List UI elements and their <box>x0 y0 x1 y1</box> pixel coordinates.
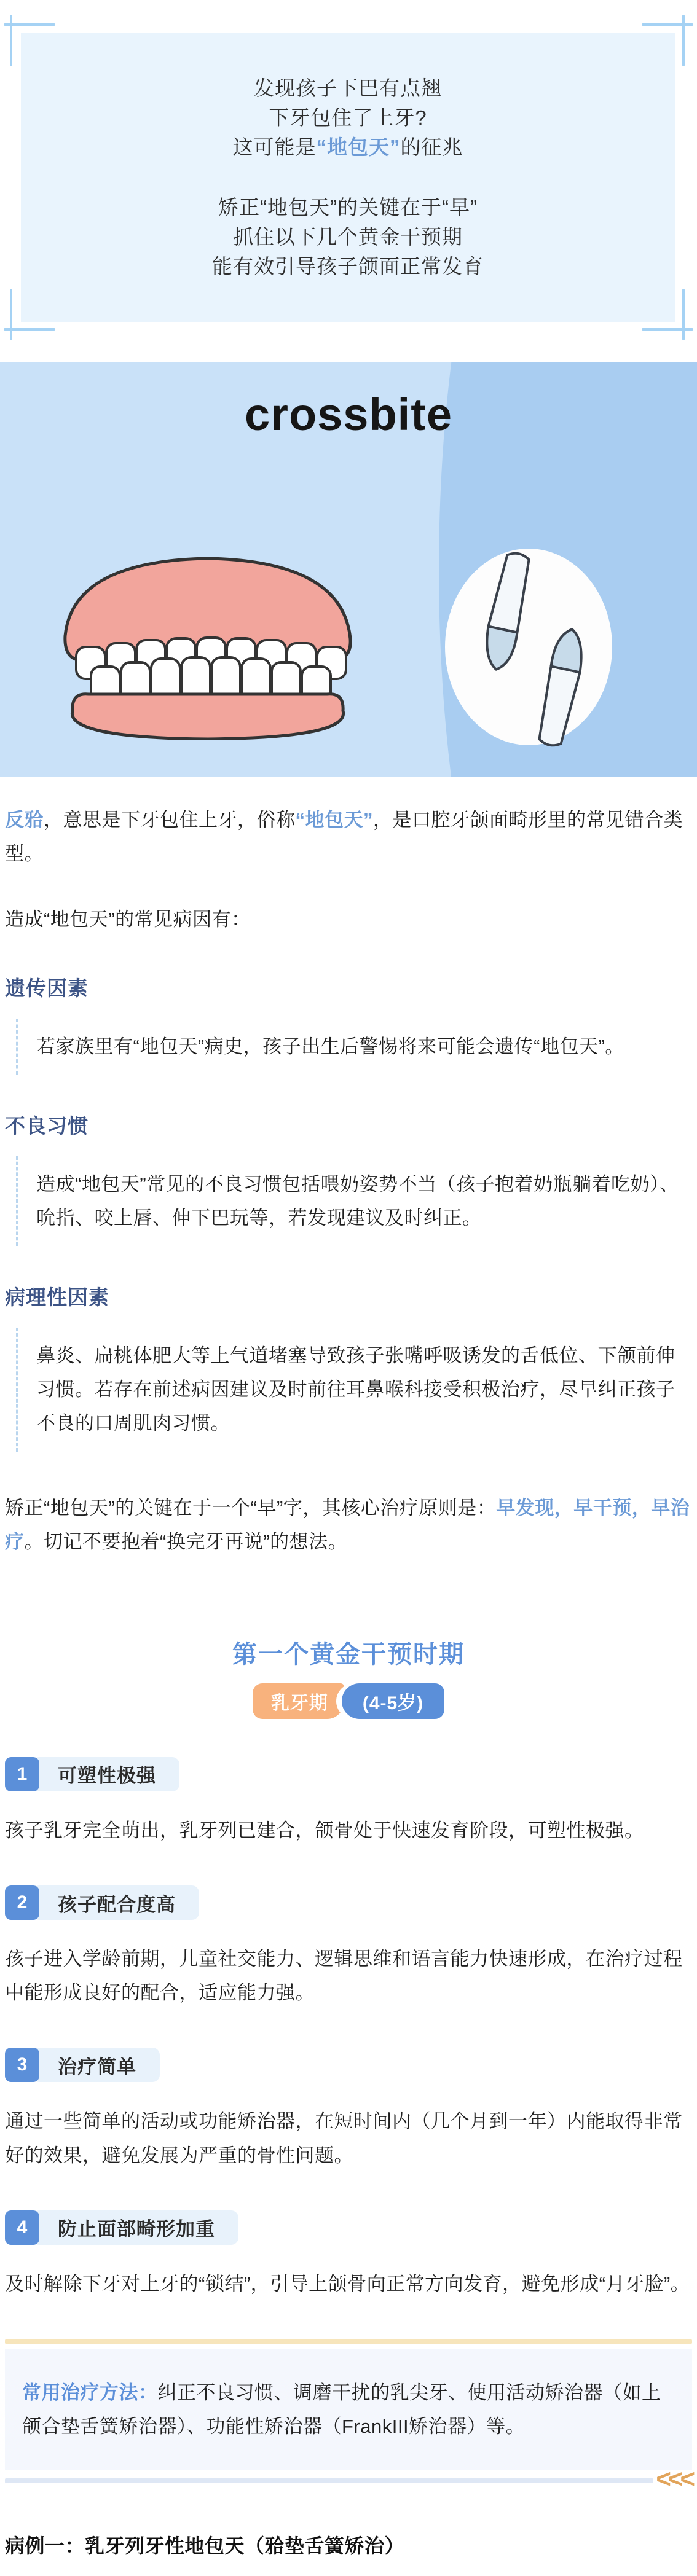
paragraph-text: ，意思是下牙包住上牙，俗称 <box>44 809 296 831</box>
paragraph-text: 。切记不要抱着“换完牙再说”的想法。 <box>25 1531 348 1552</box>
benefit-item-4-body: 及时解除下牙对上牙的“锁结”，引导上颌骨向正常方向发育，避免形成“月牙脸”。 <box>5 2267 692 2301</box>
chevrons-left-icon: <<< <box>656 2476 692 2482</box>
term-fanhe: 反𬌗 <box>5 809 44 831</box>
stage-badges: 乳牙期 (4-5岁) <box>5 1683 692 1719</box>
benefit-item-4-header: 4 防止面部畸形加重 <box>5 2210 692 2245</box>
principle-paragraph: 矫正“地包天”的关键在于一个“早”字，其核心治疗原则是：早发现，早干预，早治疗。… <box>5 1491 692 1559</box>
callout-label: 常用治疗方法： <box>22 2382 158 2403</box>
paragraph-text: 矫正“地包天”的关键在于一个“早”字，其核心治疗原则是： <box>5 1497 496 1519</box>
intro-line: 这可能是“地包天”的征兆 <box>233 133 463 162</box>
crop-mark <box>4 23 55 26</box>
benefit-item-3-body: 通过一些简单的活动或功能矫治器，在短时间内（几个月到一年）内能取得非常好的效果，… <box>5 2104 692 2172</box>
golden-period-title: 第一个黄金干预时期 <box>5 1635 692 1670</box>
cause-heading-genetic: 遗传因素 <box>5 973 89 1001</box>
term-dibaotian: “地包天” <box>296 809 374 831</box>
article-body: 反𬌗，意思是下牙包住上牙，俗称“地包天”，是口腔牙颌面畸形里的常见错合类型。 造… <box>0 803 697 2559</box>
crop-mark <box>10 15 12 66</box>
intro-line: 能有效引导孩子颌面正常发育 <box>212 252 484 281</box>
intro-line: 抓住以下几个黄金干预期 <box>233 222 463 252</box>
item-label: 防止面部畸形加重 <box>32 2210 238 2245</box>
keyword-dibaotian: “地包天” <box>317 136 401 159</box>
cause-body-pathological: 鼻炎、扁桃体肥大等上气道堵塞导致孩子张嘴呼吸诱发的舌低位、下颌前伸习惯。若存在前… <box>16 1328 692 1452</box>
intro-line: 下牙包住了上牙? <box>269 103 427 133</box>
stage-badge: 乳牙期 <box>253 1683 344 1719</box>
callout-top-accent-bar <box>5 2339 692 2344</box>
item-number-badge: 1 <box>5 1757 39 1791</box>
definition-paragraph: 反𬌗，意思是下牙包住上牙，俗称“地包天”，是口腔牙颌面畸形里的常见错合类型。 <box>5 803 692 871</box>
benefit-item-2-header: 2 孩子配合度高 <box>5 1885 692 1920</box>
crop-mark <box>682 15 685 66</box>
paragraph-text: 造成“地包天”常见的不良习惯包括喂奶姿势不当（孩子抱着奶瓶躺着吃奶）、吮指、咬上… <box>36 1167 692 1235</box>
callout-paragraph: 常用治疗方法：纠正不良习惯、调磨干扰的乳尖牙、使用活动矫治器（如上颌合垫舌簧矫治… <box>22 2376 675 2443</box>
intro-line: 矫正“地包天”的关键在于“早” <box>218 193 478 222</box>
treatment-callout: 常用治疗方法：纠正不良习惯、调磨干扰的乳尖牙、使用活动矫治器（如上颌合垫舌簧矫治… <box>5 2349 692 2470</box>
benefit-item-2-body: 孩子进入学龄前期，儿童社交能力、逻辑思维和语言能力快速形成，在治疗过程中能形成良… <box>5 1942 692 2010</box>
intro-card: 发现孩子下巴有点翘 下牙包住了上牙? 这可能是“地包天”的征兆 矫正“地包天”的… <box>21 33 675 322</box>
crop-mark <box>642 23 693 26</box>
item-number-badge: 2 <box>5 1885 39 1920</box>
intro-line-text: 这可能是 <box>233 136 317 159</box>
item-label: 治疗简单 <box>32 2048 160 2082</box>
divider-bar <box>5 2478 653 2483</box>
item-label: 孩子配合度高 <box>32 1885 199 1920</box>
item-number-badge: 4 <box>5 2210 39 2245</box>
cause-heading-pathological: 病理性因素 <box>5 1282 109 1310</box>
crossbite-banner: crossbite <box>0 362 697 777</box>
crop-mark <box>4 328 55 331</box>
paragraph-text: 若家族里有“地包天”病史，孩子出生后警惕将来可能会遗传“地包天”。 <box>36 1030 692 1063</box>
benefit-item-1-header: 1 可塑性极强 <box>5 1757 692 1791</box>
case-title: 病例一：乳牙列牙性地包天（𬌗垫舌簧矫治） <box>5 2531 692 2559</box>
cause-heading-habits: 不良习惯 <box>5 1110 89 1139</box>
benefit-item-3-header: 3 治疗简单 <box>5 2048 692 2082</box>
banner-title: crossbite <box>0 388 697 440</box>
crop-mark <box>10 289 12 340</box>
causes-intro: 造成“地包天”的常见病因有： <box>5 902 692 936</box>
intro-line-text: 的征兆 <box>401 136 463 159</box>
item-number-badge: 3 <box>5 2048 39 2082</box>
benefit-item-1-body: 孩子乳牙完全萌出，乳牙列已建合，颌骨处于快速发育阶段，可塑性极强。 <box>5 1814 692 1847</box>
crop-mark <box>642 328 693 331</box>
intro-line: 发现孩子下巴有点翘 <box>254 74 442 103</box>
callout-bottom-divider: <<< <box>5 2478 692 2484</box>
age-badge: (4-5岁) <box>342 1683 444 1719</box>
cause-body-genetic: 若家族里有“地包天”病史，孩子出生后警惕将来可能会遗传“地包天”。 <box>16 1019 692 1075</box>
crop-mark <box>682 289 685 340</box>
intro-section: 发现孩子下巴有点翘 下牙包住了上牙? 这可能是“地包天”的征兆 矫正“地包天”的… <box>0 0 697 345</box>
crossbite-detail-illustration <box>441 544 620 753</box>
paragraph-text: 鼻炎、扁桃体肥大等上气道堵塞导致孩子张嘴呼吸诱发的舌低位、下颌前伸习惯。若存在前… <box>36 1339 692 1441</box>
cause-body-habits: 造成“地包天”常见的不良习惯包括喂奶姿势不当（孩子抱着奶瓶躺着吃奶）、吮指、咬上… <box>16 1156 692 1246</box>
denture-illustration <box>54 538 361 740</box>
item-label: 可塑性极强 <box>32 1757 179 1791</box>
